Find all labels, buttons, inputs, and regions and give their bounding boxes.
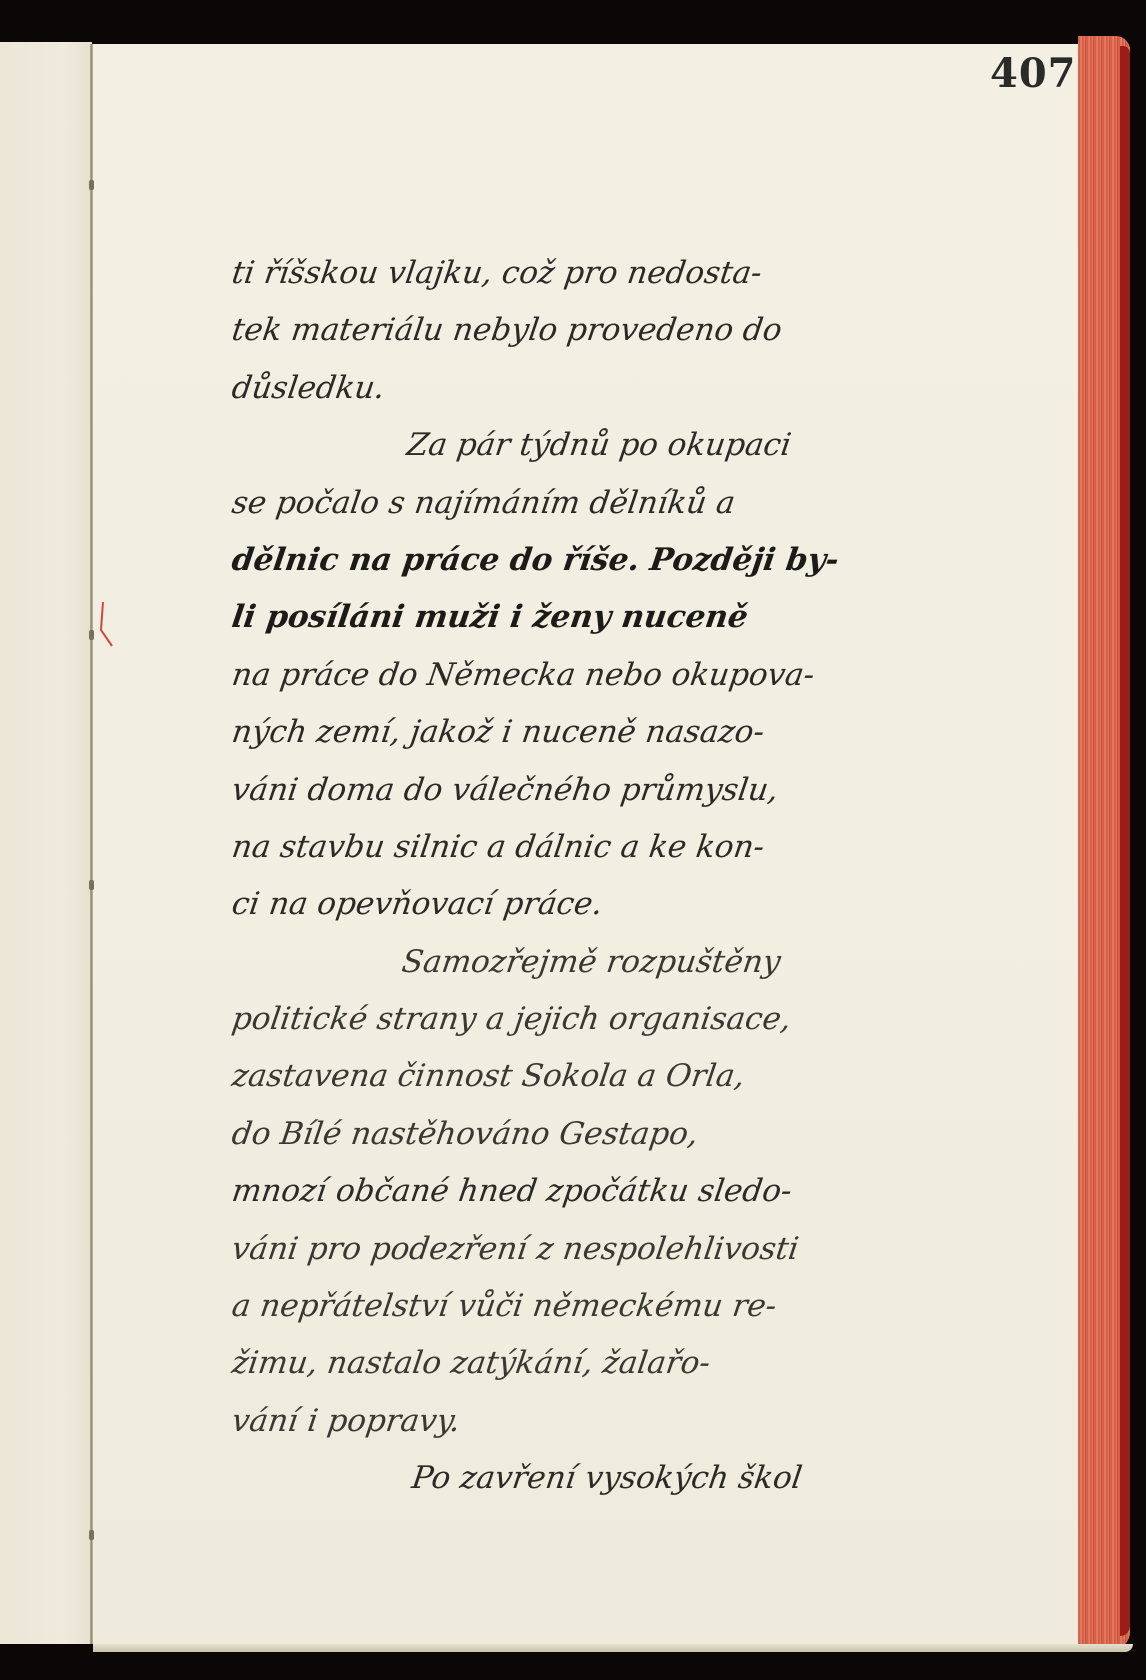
text-line: ných zemí, jakož i nuceně nasazo- [228, 704, 896, 761]
binding-thread [89, 180, 94, 190]
text-line: a nepřátelství vůči německému re- [228, 1278, 896, 1335]
paragraph-start-line: Po zavření vysokých škol [228, 1450, 896, 1507]
text-line: do Bílé nastěhováno Gestapo, [228, 1106, 896, 1163]
text-line: li posíláni muži i ženy nuceně [228, 589, 896, 646]
text-line: na práce do Německa nebo okupova- [228, 647, 896, 704]
page-number: 407 [990, 50, 1077, 97]
paragraph-start-line: Za pár týdnů po okupaci [228, 417, 896, 474]
page-edges [1078, 36, 1130, 1650]
text-line: zastavena činnost Sokola a Orla, [228, 1048, 896, 1105]
text-line: vání i popravy. [228, 1393, 896, 1450]
text-line: na stavbu silnic a dálnic a ke kon- [228, 819, 896, 876]
binding-thread [89, 1530, 94, 1540]
text-line: ci na opevňovací práce. [228, 876, 896, 933]
text-line: dělnic na práce do říše. Později by- [228, 532, 896, 589]
handwritten-text: ti říšskou vlajku, což pro nedosta- tek … [228, 245, 888, 1508]
paragraph-start-line: Samozřejmě rozpuštěny [228, 934, 896, 991]
red-pencil-mark [100, 600, 114, 650]
page-bottom-edge [93, 1644, 1133, 1652]
text-line: ti říšskou vlajku, což pro nedosta- [228, 245, 896, 302]
text-line: politické strany a jejich organisace, [228, 991, 896, 1048]
text-line: váni pro podezření z nespolehlivosti [228, 1221, 896, 1278]
text-line: mnozí občané hned zpočátku sledo- [228, 1163, 896, 1220]
left-page [0, 42, 92, 1644]
text-line: tek materiálu nebylo provedeno do [228, 302, 896, 359]
text-line: důsledku. [228, 360, 896, 417]
binding-thread [89, 630, 94, 640]
book-scan: 407 ti říšskou vlajku, což pro nedosta- … [0, 0, 1146, 1680]
binding-thread [89, 880, 94, 890]
text-line: žimu, nastalo zatýkání, žalařo- [228, 1335, 896, 1392]
text-line: se počalo s najímáním dělníků a [228, 475, 896, 532]
book-gutter [90, 44, 93, 1644]
text-line: váni doma do válečného průmyslu, [228, 762, 896, 819]
